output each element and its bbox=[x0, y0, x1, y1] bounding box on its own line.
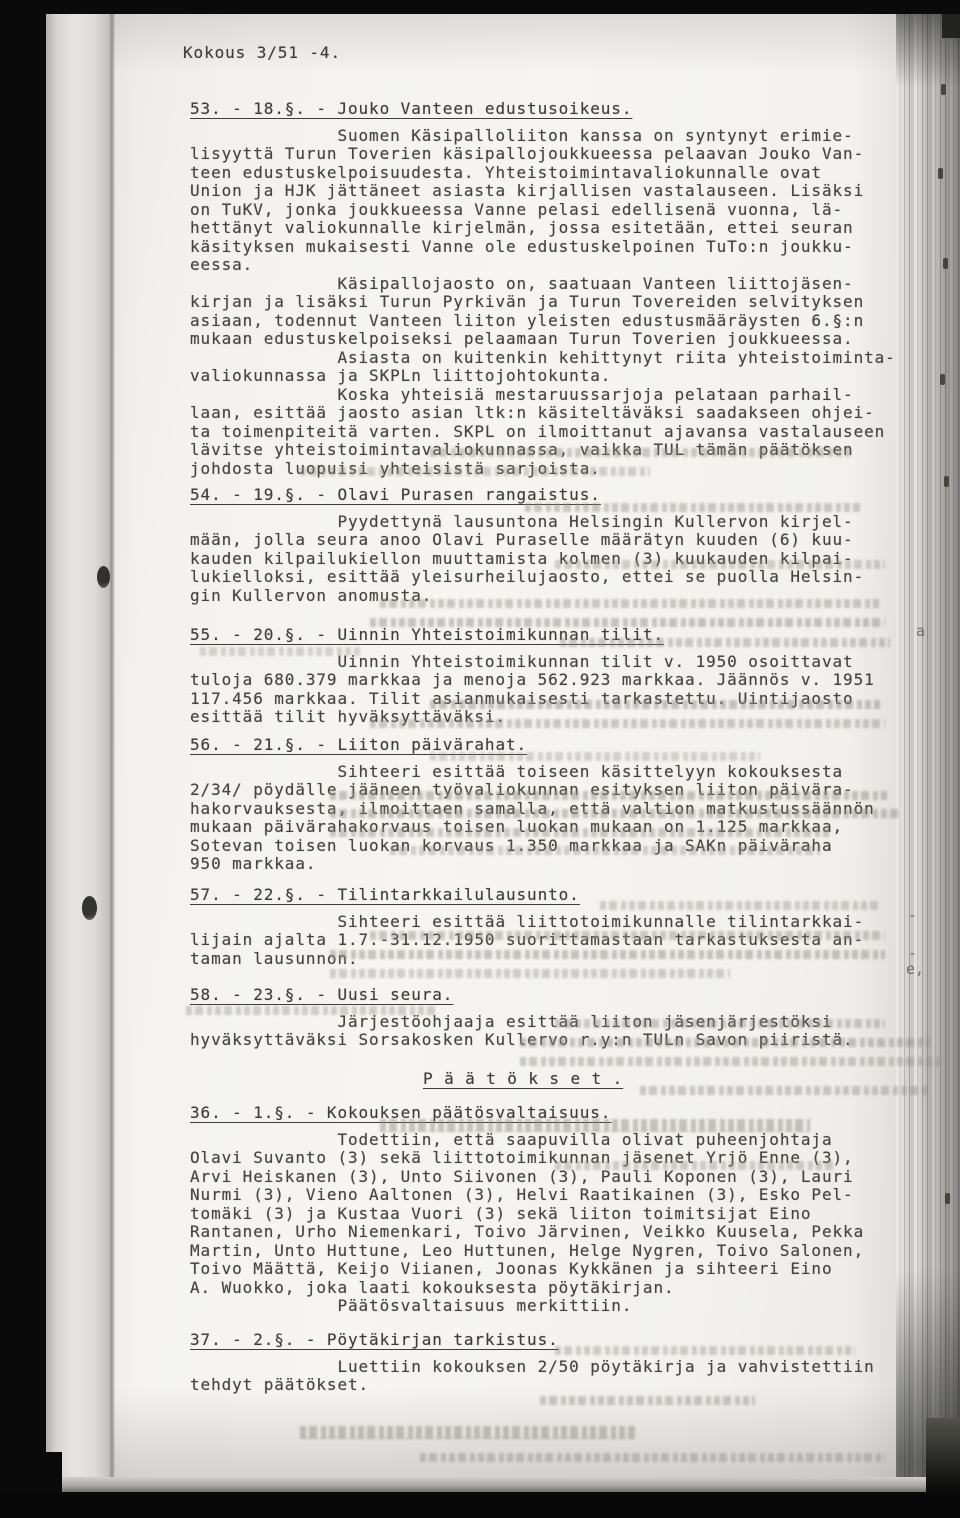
bleedthrough-text-ghost bbox=[555, 1161, 835, 1170]
text-line: Sihteeri esittää toiseen käsittelyyn kok… bbox=[190, 763, 875, 782]
bleedthrough-text-ghost bbox=[430, 700, 880, 709]
section-paatokset: P ä ä t ö k s e t . bbox=[423, 1070, 623, 1097]
text-line: asiaan, todennut Vanteen liiton yleisten… bbox=[190, 312, 896, 331]
text-line: Arvi Heiskanen (3), Unto Siivonen (3), P… bbox=[190, 1168, 864, 1187]
text-line: tuloja 680.379 markkaa ja menoja 562.923… bbox=[190, 671, 875, 690]
text-line: Martin, Unto Huttune, Leo Huttunen, Helg… bbox=[190, 1242, 864, 1261]
text-line: Asiasta on kuitenkin kehittynyt riita yh… bbox=[190, 349, 896, 368]
bleedthrough-text-ghost bbox=[330, 791, 890, 800]
text-line: mukaan edustuskelpoiseksi pelaamaan Turu… bbox=[190, 330, 896, 349]
bleedthrough-text-ghost bbox=[380, 599, 880, 608]
section-heading: 58. - 23.§. - Uusi seura. bbox=[190, 986, 854, 1005]
bleedthrough-text-ghost bbox=[300, 467, 650, 476]
bleedthrough-text-ghost bbox=[370, 931, 885, 940]
bleedthrough-text-ghost bbox=[555, 560, 885, 569]
bleedthrough-text-ghost bbox=[430, 752, 760, 761]
text-line: Pyydettynä lausuntona Helsingin Kullervo… bbox=[190, 513, 864, 532]
stray-mark: a bbox=[916, 622, 925, 640]
text-line: Todettiin, että saapuvilla olivat puheen… bbox=[190, 1131, 864, 1150]
text-line: Luettiin kokouksen 2/50 pöytäkirja ja va… bbox=[190, 1358, 875, 1377]
text-line: mään, jolla seura anoo Olavi Puraselle m… bbox=[190, 531, 864, 550]
photo-frame-corner bbox=[942, 14, 960, 38]
bleedthrough-text-ghost bbox=[370, 719, 885, 728]
text-line: tehdyt päätökset. bbox=[190, 1376, 875, 1395]
bleedthrough-text-ghost bbox=[330, 969, 730, 978]
bleedthrough-text-ghost bbox=[520, 1038, 930, 1047]
bleedthrough-text-ghost bbox=[330, 828, 830, 837]
bleedthrough-text-ghost bbox=[600, 901, 880, 910]
bleedthrough-text-ghost bbox=[520, 1057, 940, 1066]
bleedthrough-text-ghost bbox=[380, 1119, 810, 1132]
photo-frame-top bbox=[0, 0, 960, 14]
text-line: hettänyt valiokunnalle kirjelmän, jossa … bbox=[190, 219, 896, 238]
text-line: kirjan ja lisäksi Turun Pyrkivän ja Turu… bbox=[190, 293, 896, 312]
text-line: teen edustuskelpoisuudesta. Yhteistoimin… bbox=[190, 164, 896, 183]
text-line: lisyyttä Turun Toverien käsipallojoukkue… bbox=[190, 145, 896, 164]
text-line: Nurmi (3), Vieno Aaltonen (3), Helvi Raa… bbox=[190, 1186, 864, 1205]
bleedthrough-text-ghost bbox=[330, 809, 900, 818]
text-line: valiokunnassa ja SKPLn liittojohtokunta. bbox=[190, 367, 896, 386]
text-line: Käsipallojaosto on, saatuaan Vanteen lii… bbox=[190, 275, 896, 294]
section-36: 36. - 1.§. - Kokouksen päätösvaltaisuus.… bbox=[190, 1104, 864, 1316]
photo-frame-left bbox=[0, 0, 46, 1518]
bleedthrough-text-ghost bbox=[420, 1453, 885, 1462]
section-heading: P ä ä t ö k s e t . bbox=[423, 1070, 623, 1089]
stray-mark: e, bbox=[906, 960, 924, 978]
text-line: Koska yhteisiä mestaruussarjoja pelataan… bbox=[190, 386, 896, 405]
bleedthrough-text-ghost bbox=[300, 1426, 635, 1439]
bleedthrough-text-ghost bbox=[560, 638, 890, 647]
section-37: 37. - 2.§. - Pöytäkirjan tarkistus. Luet… bbox=[190, 1331, 875, 1395]
bleedthrough-text-ghost bbox=[370, 618, 885, 627]
text-line: eessa. bbox=[190, 256, 896, 275]
text-line: 950 markkaa. bbox=[190, 855, 875, 874]
text-line: laan, esittää jaosto asian ltk:n käsitel… bbox=[190, 404, 896, 423]
bleedthrough-text-ghost bbox=[430, 448, 850, 457]
text-line: tomäki (3) ja Kustaa Vuori (3) sekä liit… bbox=[190, 1205, 864, 1224]
bleedthrough-text-ghost bbox=[525, 503, 860, 512]
meeting-reference: Kokous 3/51 -4. bbox=[183, 44, 341, 63]
bleedthrough-text-ghost bbox=[540, 1396, 755, 1405]
text-line: Union ja HJK jättäneet asiasta kirjallis… bbox=[190, 182, 896, 201]
text-line: käsityksen mukaisesti Vanne ole edustusk… bbox=[190, 238, 896, 257]
bleedthrough-text-ghost bbox=[555, 1346, 855, 1355]
scanned-meeting-minutes-photo: Kokous 3/51 -4. 53. - 18.§. - Jouko Vant… bbox=[0, 0, 960, 1518]
text-line: Sihteeri esittää liittotoimikunnalle til… bbox=[190, 913, 864, 932]
section-53: 53. - 18.§. - Jouko Vanteen edustusoikeu… bbox=[190, 100, 896, 478]
section-heading: 54. - 19.§. - Olavi Purasen rangaistus. bbox=[190, 486, 864, 505]
text-line: lukielloksi, esittää yleisurheilujaosto,… bbox=[190, 568, 864, 587]
bleedthrough-text-ghost bbox=[330, 950, 885, 959]
bleedthrough-text-ghost bbox=[186, 1006, 436, 1015]
text-line: ta toimenpiteitä varten. SKPL on ilmoitt… bbox=[190, 423, 896, 442]
section-heading: 53. - 18.§. - Jouko Vanteen edustusoikeu… bbox=[190, 100, 896, 119]
text-line: Päätösvaltaisuus merkittiin. bbox=[190, 1297, 864, 1316]
text-line: Toivo Määttä, Keijo Viianen, Joonas Kykk… bbox=[190, 1260, 864, 1279]
text-line: Suomen Käsipalloliiton kanssa on syntyny… bbox=[190, 127, 896, 146]
bleedthrough-text-ghost bbox=[555, 1019, 885, 1028]
bleedthrough-text-ghost bbox=[640, 1086, 930, 1095]
bleedthrough-text-ghost bbox=[390, 846, 820, 855]
text-line: Rantanen, Urho Niemenkari, Toivo Järvine… bbox=[190, 1223, 864, 1242]
text-line: A. Wuokko, joka laati kokouksesta pöytäk… bbox=[190, 1279, 864, 1298]
bleedthrough-text-ghost bbox=[200, 647, 360, 656]
text-line: on TuKV, jonka joukkueessa Vanne pelasi … bbox=[190, 201, 896, 220]
photo-frame-bottom bbox=[0, 1492, 960, 1518]
stray-mark: - bbox=[908, 906, 917, 924]
